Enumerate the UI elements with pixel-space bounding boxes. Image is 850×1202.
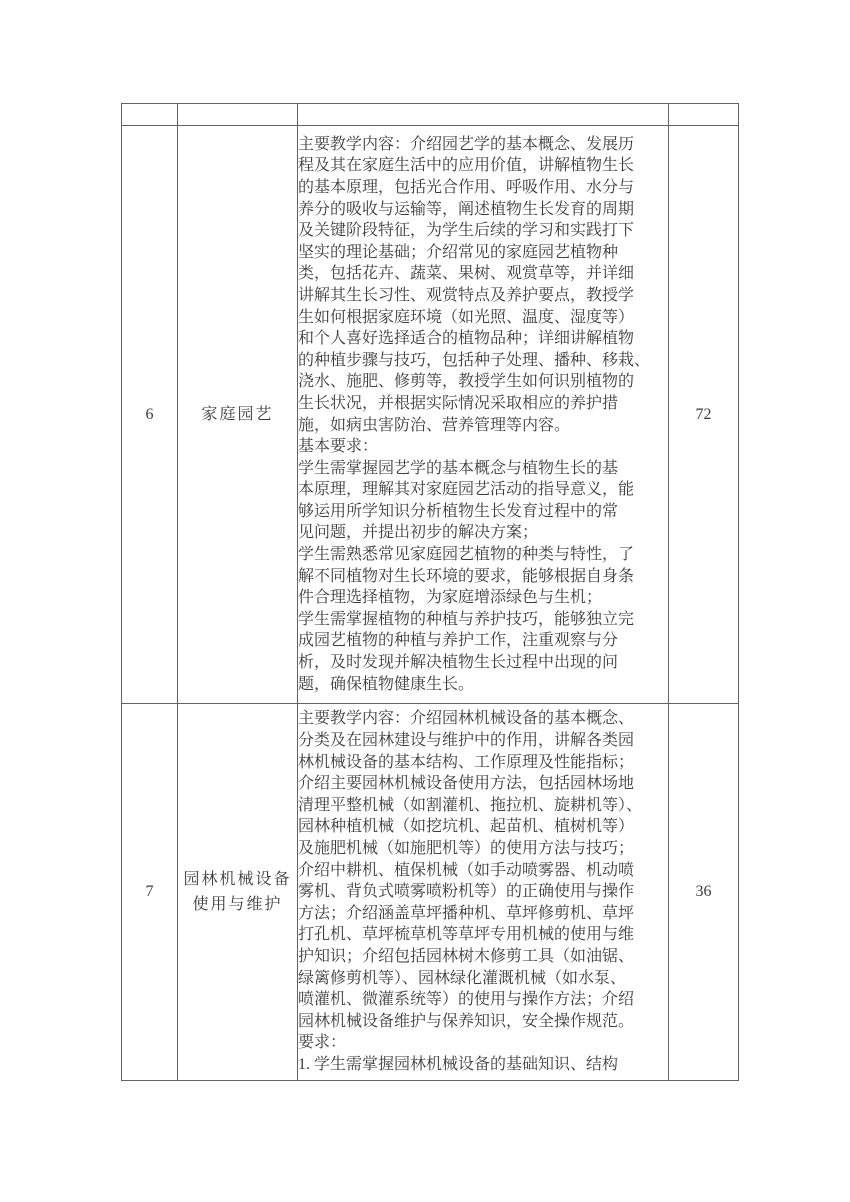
text-line: 园林种植机械（如挖坑机、起苗机、植树机等） — [298, 816, 668, 838]
text-line: 解不同植物对生长环境的要求，能够根据自身条 — [298, 566, 668, 588]
text-line: 讲解其生长习性、观赏特点及养护要点，教授学 — [298, 285, 668, 307]
text-line: 生长状况，并根据实际情况采取相应的养护措 — [298, 393, 668, 415]
text-line: 主要教学内容：介绍园艺学的基本概念、发展历 — [298, 134, 668, 156]
continuation-cell-name — [178, 104, 298, 126]
text-line: 生如何根据家庭环境（如光照、温度、湿度等） — [298, 307, 668, 329]
text-line: 浇水、施肥、修剪等，教授学生如何识别植物的 — [298, 371, 668, 393]
text-line: 学生需熟悉常见家庭园艺植物的种类与特性，了 — [298, 544, 668, 566]
text-line: 本原理，理解其对家庭园艺活动的指导意义，能 — [298, 479, 668, 501]
course-6-hours: 72 — [669, 126, 739, 704]
text-line: 和个人喜好选择适合的植物品种；详细讲解植物 — [298, 328, 668, 350]
text-line: 类，包括花卉、蔬菜、果树、观赏草等，并详细 — [298, 263, 668, 285]
text-line: 1. 学生需掌握园林机械设备的基础知识、结构 — [298, 1054, 668, 1076]
text-line: 坚实的理论基础；介绍常见的家庭园艺植物种 — [298, 242, 668, 264]
text-line: 林机械设备的基本结构、工作原理及性能指标； — [298, 752, 668, 774]
document-page: 6 家庭园艺 主要教学内容：介绍园艺学的基本概念、发展历程及其在家庭生活中的应用… — [0, 0, 850, 1202]
text-line: 见问题，并提出初步的解决方案； — [298, 522, 668, 544]
text-line: 析，及时发现并解决植物生长过程中出现的问 — [298, 652, 668, 674]
text-line: 绿篱修剪机等）、园林绿化灌溉机械（如水泵、 — [298, 968, 668, 990]
text-line: 题，确保植物健康生长。 — [298, 674, 668, 696]
text-line: 园林机械设备 — [178, 867, 297, 892]
text-line: 学生需掌握园艺学的基本概念与植物生长的基 — [298, 458, 668, 480]
text-line: 基本要求： — [298, 436, 668, 458]
text-line: 喷灌机、微灌系统等）的使用与操作方法；介绍 — [298, 989, 668, 1011]
text-line: 护知识；介绍包括园林树木修剪工具（如油锯、 — [298, 946, 668, 968]
text-line: 养分的吸收与运输等，阐述植物生长发育的周期 — [298, 199, 668, 221]
text-line: 的种植步骤与技巧，包括种子处理、播种、移栽、 — [298, 350, 668, 372]
course-7-name: 园林机械设备使用与维护 — [178, 704, 298, 1081]
course-6-name: 家庭园艺 — [178, 126, 298, 704]
text-line: 件合理选择植物，为家庭增添绿色与生机； — [298, 587, 668, 609]
text-line: 及关键阶段特征，为学生后续的学习和实践打下 — [298, 220, 668, 242]
text-line: 介绍中耕机、植保机械（如手动喷雾器、机动喷 — [298, 860, 668, 882]
continuation-cell-number — [122, 104, 178, 126]
course-table: 6 家庭园艺 主要教学内容：介绍园艺学的基本概念、发展历程及其在家庭生活中的应用… — [121, 103, 739, 1081]
text-line: 施，如病虫害防治、营养管理等内容。 — [298, 415, 668, 437]
text-line: 学生需掌握植物的种植与养护技巧，能够独立完 — [298, 609, 668, 631]
text-line: 主要教学内容：介绍园林机械设备的基本概念、 — [298, 708, 668, 730]
table-row-course-6: 6 家庭园艺 主要教学内容：介绍园艺学的基本概念、发展历程及其在家庭生活中的应用… — [122, 126, 739, 704]
course-7-hours: 36 — [669, 704, 739, 1081]
text-line: 雾机、背负式喷雾喷粉机等）的正确使用与操作 — [298, 881, 668, 903]
text-line: 方法；介绍涵盖草坪播种机、草坪修剪机、草坪 — [298, 903, 668, 925]
text-line: 要求： — [298, 1032, 668, 1054]
text-line: 打孔机、草坪梳草机等草坪专用机械的使用与维 — [298, 924, 668, 946]
text-line: 够运用所学知识分析植物生长发育过程中的常 — [298, 501, 668, 523]
text-line: 介绍主要园林机械设备使用方法，包括园林场地 — [298, 773, 668, 795]
text-line: 家庭园艺 — [178, 402, 297, 427]
text-line: 成园艺植物的种植与养护工作，注重观察与分 — [298, 630, 668, 652]
text-line: 的基本原理，包括光合作用、呼吸作用、水分与 — [298, 177, 668, 199]
text-line: 园林机械设备维护与保养知识，安全操作规范。 — [298, 1011, 668, 1033]
text-line: 分类及在园林建设与维护中的作用，讲解各类园 — [298, 730, 668, 752]
text-line: 及施肥机械（如施肥机等）的使用方法与技巧； — [298, 838, 668, 860]
course-6-content: 主要教学内容：介绍园艺学的基本概念、发展历程及其在家庭生活中的应用价值，讲解植物… — [298, 126, 669, 704]
text-line: 程及其在家庭生活中的应用价值，讲解植物生长 — [298, 155, 668, 177]
table-row-course-7: 7 园林机械设备使用与维护 主要教学内容：介绍园林机械设备的基本概念、分类及在园… — [122, 704, 739, 1081]
continuation-cell-content — [298, 104, 669, 126]
table-row-continuation — [122, 104, 739, 126]
text-line: 清理平整机械（如割灌机、拖拉机、旋耕机等）、 — [298, 795, 668, 817]
continuation-cell-hours — [669, 104, 739, 126]
course-7-content: 主要教学内容：介绍园林机械设备的基本概念、分类及在园林建设与维护中的作用，讲解各… — [298, 704, 669, 1081]
course-7-number: 7 — [122, 704, 178, 1081]
course-6-number: 6 — [122, 126, 178, 704]
text-line: 使用与维护 — [178, 892, 297, 917]
